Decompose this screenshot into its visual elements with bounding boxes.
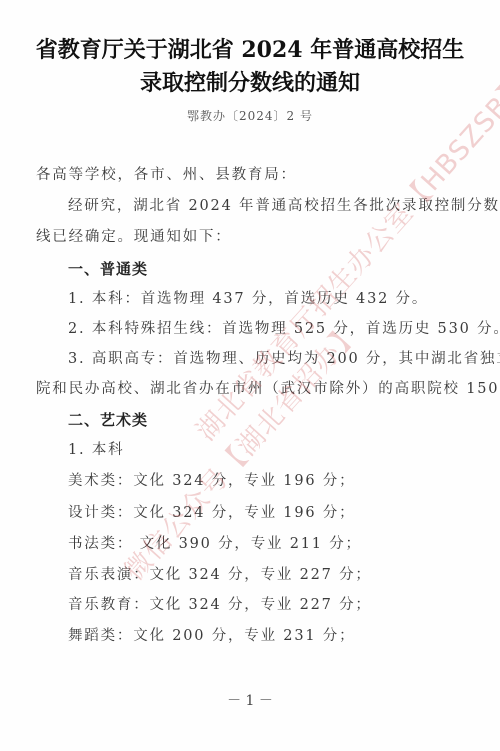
general-item-undergrad: 1. 本科：首选物理 437 分，首选历史 432 分。 — [68, 290, 428, 308]
intro-line-1: 经研究，湖北省 2024 年普通高校招生各批次录取控制分数 — [68, 197, 500, 215]
arts-item-design: 设计类：文化 324 分，专业 196 分； — [68, 504, 355, 522]
salutation: 各高等学校，各市、州、县教育局： — [36, 166, 297, 184]
intro-line-2: 线已经确定。现通知如下： — [36, 228, 232, 246]
arts-item-calligraphy: 书法类： 文化 390 分，专业 211 分； — [68, 535, 362, 553]
document-title-line2: 录取控制分数线的通知 — [0, 66, 500, 97]
arts-item-music-education: 音乐教育：文化 324 分，专业 227 分； — [68, 596, 372, 614]
section-heading-general: 一、普通类 — [68, 258, 148, 279]
general-item-vocational: 3. 高职高专：首选物理、历史均为 200 分，其中湖北省独立学 — [68, 350, 500, 368]
general-item-vocational-cont: 院和民办高校、湖北省办在市州（武汉市除外）的高职院校 150 分。 — [36, 380, 500, 398]
arts-item-music-performance: 音乐表演：文化 324 分，专业 227 分； — [68, 566, 372, 584]
arts-subheading-undergrad: 1. 本科 — [68, 441, 124, 459]
section-heading-arts: 二、艺术类 — [68, 409, 148, 430]
document-number: 鄂教办〔2024〕2 号 — [0, 107, 500, 124]
general-item-special: 2. 本科特殊招生线：首选物理 525 分，首选历史 530 分。 — [68, 320, 500, 338]
arts-item-dance: 舞蹈类：文化 200 分，专业 231 分； — [68, 627, 355, 645]
arts-item-fine-arts: 美术类：文化 324 分，专业 196 分； — [68, 472, 355, 490]
document-page: 省教育厅关于湖北省 2024 年普通高校招生 录取控制分数线的通知 鄂教办〔20… — [0, 0, 500, 751]
document-title-line1: 省教育厅关于湖北省 2024 年普通高校招生 — [0, 33, 500, 64]
page-number: － 1 － — [0, 690, 500, 710]
